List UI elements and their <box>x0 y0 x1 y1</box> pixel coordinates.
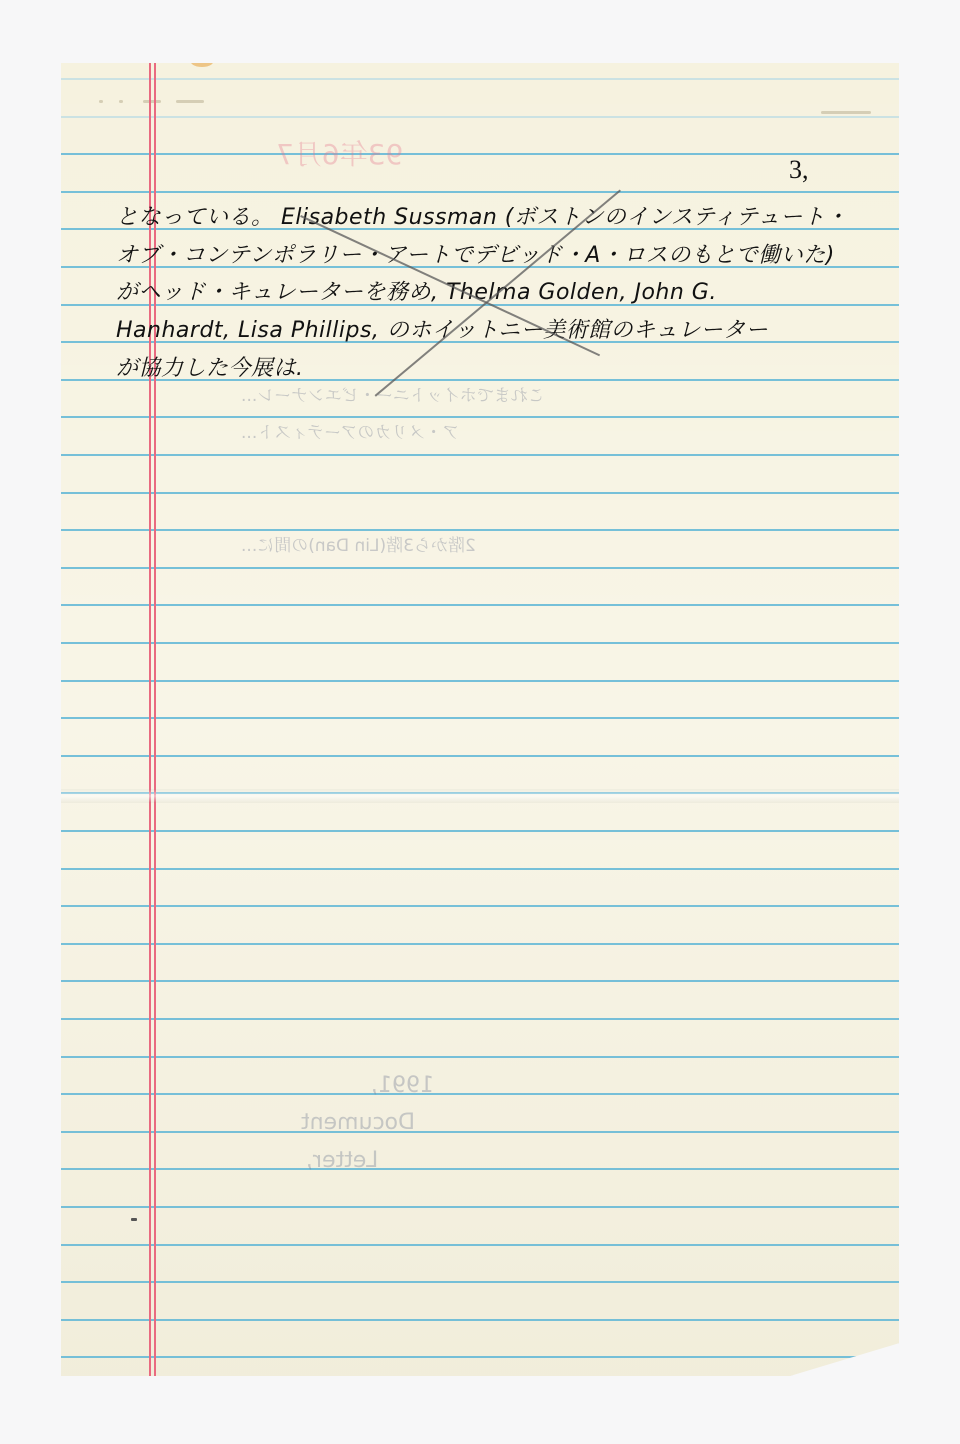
handwritten-line-5: が協力した今展は. <box>116 351 304 382</box>
rule-line <box>61 529 899 531</box>
rule-line <box>61 755 899 757</box>
rule-line <box>61 1093 899 1095</box>
perforation-mark <box>821 111 871 114</box>
rule-line <box>61 1131 899 1133</box>
rule-line <box>61 943 899 945</box>
bleed-through-text: Letter, <box>306 1148 378 1173</box>
notebook-page: 93年6月7 これまでホイットニー・ビエンナーレ... ア・メリカのアーティスト… <box>61 63 899 1376</box>
perforation-mark <box>99 100 103 103</box>
rule-line <box>61 567 899 569</box>
rule-line <box>61 1319 899 1321</box>
rule-line <box>61 868 899 870</box>
rule-line <box>61 642 899 644</box>
rule-line <box>61 492 899 494</box>
show-through-pencil-line: これまでホイットニー・ビエンナーレ... <box>241 381 545 406</box>
rule-line <box>61 1244 899 1246</box>
rule-line <box>61 153 899 155</box>
rule-line <box>61 1056 899 1058</box>
perforation-mark <box>143 100 161 103</box>
rule-line <box>61 1018 899 1020</box>
handwritten-line-1: となっている。 Elisabeth Sussman (ボストンのインスティテュー… <box>116 200 848 231</box>
rule-line <box>61 191 899 193</box>
stain-mark <box>191 63 213 67</box>
rule-line <box>61 1206 899 1208</box>
page-number: 3, <box>789 155 809 185</box>
show-through-pencil-line: ア・メリカのアーティスト... <box>241 418 459 443</box>
rule-line <box>61 416 899 418</box>
perforation-mark <box>119 100 123 103</box>
rule-line <box>61 680 899 682</box>
rule-line <box>61 1356 899 1358</box>
rule-line <box>61 454 899 456</box>
rule-line <box>61 78 899 80</box>
fold-crease <box>61 789 899 803</box>
rule-line <box>61 116 899 118</box>
handwritten-line-3: がヘッド・キュレーターを務め, Thelma Golden, John G. <box>116 275 717 306</box>
rule-line <box>61 1168 899 1170</box>
bleed-through-text: Document <box>301 1110 415 1135</box>
rule-line <box>61 717 899 719</box>
show-through-stamp: 93年6月7 <box>276 133 403 173</box>
rule-line <box>61 905 899 907</box>
bleed-through-text: 1991, <box>371 1073 434 1098</box>
perforation-mark <box>176 100 204 103</box>
ink-dot <box>131 1218 137 1221</box>
rule-line <box>61 830 899 832</box>
handwritten-line-2: オブ・コンテンポラリー・アートでデビッド・A・ロスのもとで働いた) <box>116 238 835 269</box>
show-through-pencil-line: 2階から3階(Lin Dan)の間に... <box>241 531 476 556</box>
rule-line <box>61 1281 899 1283</box>
rule-line <box>61 604 899 606</box>
rule-line <box>61 980 899 982</box>
